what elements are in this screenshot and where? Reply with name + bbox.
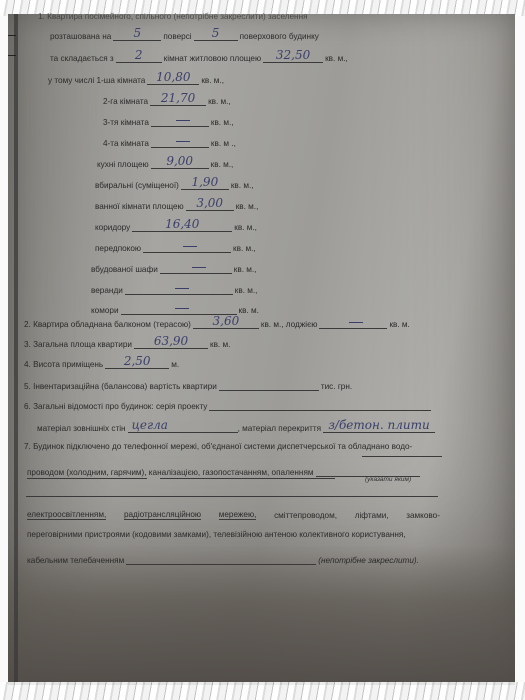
consists-label: та складається з (50, 54, 114, 63)
section-7-line-1: 7. Будинок підключено до телефонної мере… (24, 442, 412, 451)
wardrobe-field[interactable] (160, 261, 232, 274)
unit-label: тис. грн. (321, 382, 352, 391)
section-7-line-2: проводом (холодним, гарячим), каналізаці… (27, 464, 422, 477)
toilet-value: 1,90 (181, 176, 229, 189)
total-area-label: 3. Загальна площа квартири (24, 340, 132, 349)
height-field[interactable]: 2,50 (105, 356, 169, 369)
total-area-field[interactable]: 63,90 (134, 336, 208, 349)
strike-note: (непотрібне закреслити). (318, 556, 419, 565)
height-label: 4. Висота приміщень (24, 360, 103, 369)
floor-field[interactable]: 5 (113, 28, 161, 41)
unit-label: кв. м., (211, 160, 234, 169)
section-7-line-3: електроосвітленням, радіотрансляційною м… (27, 510, 440, 520)
area-label: кухні площею (97, 160, 149, 169)
underline (27, 478, 147, 479)
room-3-field[interactable] (151, 114, 209, 127)
empty-dash (176, 141, 190, 142)
section-7-text: мережею, (219, 510, 257, 520)
floor-row: розташована на 5 поверсі 5 поверхового б… (50, 28, 319, 41)
floor-value: 5 (113, 27, 161, 40)
room-label: 3-тя кімната (103, 118, 149, 127)
room-1-field[interactable]: 10,80 (147, 72, 199, 85)
empty-dash (192, 267, 206, 268)
rooms-count-value: 2 (116, 49, 162, 62)
unit-label: м. (171, 360, 179, 369)
unit-label: кв. м., (235, 286, 258, 295)
loggia-field[interactable] (319, 316, 387, 329)
room-1-row: у тому числі 1-ша кімната 10,80 кв. м., (48, 72, 224, 85)
empty-dash (349, 322, 363, 323)
walls-label: матеріал зовнішніх стін (37, 424, 126, 433)
room-1-value: 10,80 (147, 71, 199, 84)
area-label: передпокою (95, 244, 141, 253)
rooms-count-field[interactable]: 2 (116, 50, 162, 63)
kitchen-row: кухні площею 9,00 кв. м., (97, 156, 233, 169)
area-label: веранди (91, 286, 123, 295)
unit-label: кв. м., (236, 202, 259, 211)
section-7-text: радіотрансляційною (124, 510, 201, 520)
toilet-row: вбиральні (суміщеної) 1,90 кв. м., (95, 177, 254, 190)
room-2-row: 2-га кімната 21,70 кв. м., (103, 93, 231, 106)
unit-label: кв. м., (234, 223, 257, 232)
area-label: коридору (95, 223, 130, 232)
room-2-field[interactable]: 21,70 (150, 93, 206, 106)
blank-line[interactable] (26, 496, 438, 497)
bathroom-row: ванної кімнати площею 3,00 кв. м., (95, 198, 258, 211)
section-7-text: переговірними пристроями (кодовими замка… (27, 530, 406, 539)
section-7-line-4: переговірними пристроями (кодовими замка… (27, 530, 406, 539)
underline (160, 478, 335, 479)
project-series-field[interactable] (209, 398, 431, 411)
rooms-row: та складається з 2 кімнат житловою площе… (50, 50, 348, 63)
empty-dash (175, 288, 189, 289)
located-label: розташована на (50, 32, 111, 41)
veranda-field[interactable] (125, 282, 233, 295)
section-7-text: ліфтами, (355, 511, 389, 520)
area-label: вбудованої шафи (91, 265, 158, 274)
unit-label: кв. м. (389, 320, 409, 329)
section-5-row: 5. Інвентаризаційна (балансова) вартість… (24, 378, 352, 391)
cable-tv-field[interactable] (126, 552, 316, 565)
floors-field[interactable]: з/бетон. плити (323, 420, 435, 433)
section-7-text: сміттепроводом, (274, 511, 337, 520)
veranda-row: веранди кв. м., (91, 282, 257, 295)
empty-dash (175, 308, 189, 309)
unit-label: кв. м., (211, 118, 234, 127)
bathroom-value: 3,00 (186, 197, 234, 210)
corridor-row: коридору 16,40 кв. м., (95, 219, 257, 232)
living-area-value: 32,50 (263, 49, 323, 62)
room-4-row: 4-та кімната кв. м ., (103, 135, 236, 148)
specify-note: (указати яким) (365, 476, 411, 483)
height-value: 2,50 (105, 355, 169, 368)
room-label: 2-га кімната (103, 97, 148, 106)
form-document: 1. Квартира посімейного, спільного (непо… (0, 0, 525, 700)
underline (362, 456, 442, 457)
floors-label: , матеріал перекриття (238, 424, 321, 433)
corridor-field[interactable]: 16,40 (132, 219, 232, 232)
corridor-value: 16,40 (132, 218, 232, 231)
materials-row: матеріал зовнішніх стін цегла , матеріал… (37, 420, 437, 433)
unit-label: кв. м ., (211, 139, 236, 148)
section-7-text: кабельним телебаченням (27, 556, 124, 565)
unit-label: кв. м., (208, 97, 231, 106)
area-label: ванної кімнати площею (95, 202, 184, 211)
section-1-header: 1. Квартира посімейного, спільного (непо… (38, 12, 308, 21)
unit-label: кв. м., (233, 244, 256, 253)
room-label: 1-ша кімната (96, 76, 145, 85)
hallway-field[interactable] (143, 240, 231, 253)
kitchen-field[interactable]: 9,00 (151, 156, 209, 169)
empty-dash (183, 246, 197, 247)
area-label: комори (91, 306, 119, 315)
section-6-row: 6. Загальні відомості про будинок: серія… (24, 398, 433, 411)
balcony-label: 2. Квартира обладнана балконом (терасою) (24, 320, 191, 329)
inventory-value-field[interactable] (219, 378, 319, 391)
section-7-text: 7. Будинок підключено до телефонної мере… (24, 442, 412, 451)
kitchen-value: 9,00 (151, 155, 209, 168)
living-area-label: кімнат житловою площею (164, 54, 261, 63)
section-7-text: замково- (406, 511, 440, 520)
unit-label: кв. м., (234, 265, 257, 274)
unit-label: кв. м. (239, 306, 259, 315)
total-floors-field[interactable]: 5 (194, 28, 238, 41)
room-3-row: 3-тя кімната кв. м., (103, 114, 234, 127)
floor-label: поверсі (163, 32, 191, 41)
unit-label: кв. м., (201, 76, 224, 85)
room-label: 4-та кімната (103, 139, 149, 148)
hallway-row: передпокою кв. м., (95, 240, 256, 253)
living-area-field[interactable]: 32,50 (263, 50, 323, 63)
section-7-text: проводом (холодним, гарячим), каналізаці… (27, 468, 314, 477)
loggia-label: кв. м., лоджією (261, 320, 318, 329)
total-floors-value: 5 (194, 27, 238, 40)
section-7-line-5: кабельним телебаченням (непотрібне закре… (27, 552, 419, 565)
building-label: поверхового будинку (240, 32, 319, 41)
area-label: вбиральні (суміщеної) (95, 181, 179, 190)
building-info-label: 6. Загальні відомості про будинок: серія… (24, 402, 207, 411)
bathroom-field[interactable]: 3,00 (186, 198, 234, 211)
including-label: у тому числі (48, 76, 94, 85)
walls-field[interactable]: цегла (128, 420, 238, 433)
section-2-row: 2. Квартира обладнана балконом (терасою)… (24, 316, 410, 329)
unit-label: кв. м., (325, 54, 348, 63)
section-4-row: 4. Висота приміщень 2,50 м. (24, 356, 179, 369)
empty-dash (176, 120, 190, 121)
section-7-text: електроосвітленням, (27, 510, 106, 520)
section-1-title: 1. Квартира посімейного, спільного (непо… (38, 12, 308, 21)
floors-value: з/бетон. плити (323, 419, 435, 432)
toilet-field[interactable]: 1,90 (181, 177, 229, 190)
room-4-field[interactable] (151, 135, 209, 148)
section-3-row: 3. Загальна площа квартири 63,90 кв. м. (24, 336, 230, 349)
total-area-value: 63,90 (134, 335, 208, 348)
inventory-value-label: 5. Інвентаризаційна (балансова) вартість… (24, 382, 217, 391)
unit-label: кв. м., (231, 181, 254, 190)
balcony-field[interactable]: 3,60 (193, 316, 259, 329)
unit-label: кв. м. (210, 340, 230, 349)
wardrobe-row: вбудованої шафи кв. м., (91, 261, 256, 274)
walls-value: цегла (128, 419, 238, 432)
balcony-value: 3,60 (193, 315, 259, 328)
room-2-value: 21,70 (150, 92, 206, 105)
